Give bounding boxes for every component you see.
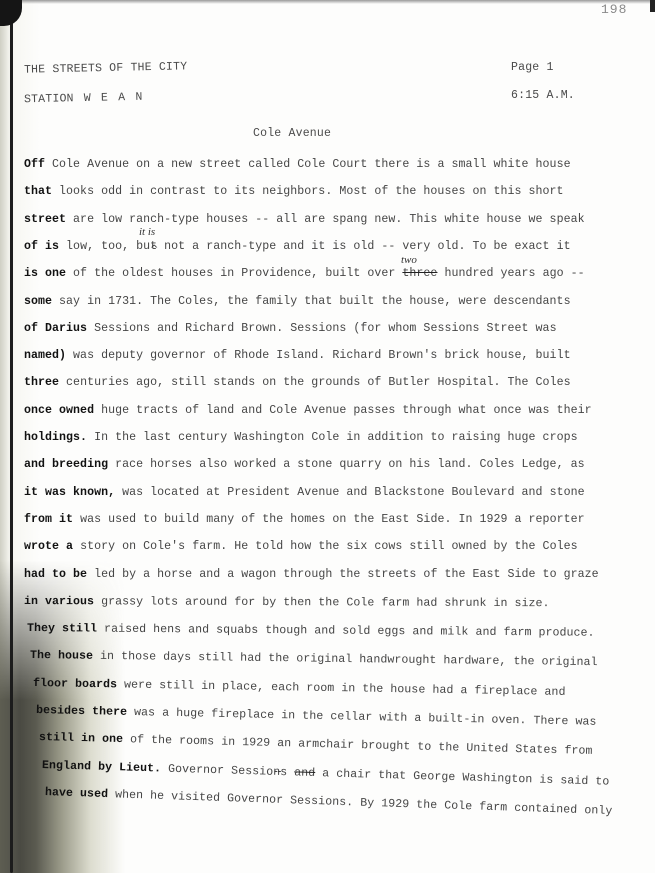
line-text: In the last century Washington Cole in a… xyxy=(87,431,578,444)
line-text: of the oldest houses in Providence, buil… xyxy=(66,267,402,280)
line-text: story on Cole's farm. He told how the si… xyxy=(73,540,578,553)
line-text: are low ranch-type houses -- all are spa… xyxy=(66,213,585,226)
line-text: grassy lots around for by then the Cole … xyxy=(94,595,550,610)
line-lead-text: They still xyxy=(27,622,97,636)
line-text: of the rooms in 1929 an armchair brought… xyxy=(123,733,593,758)
line-text: looks odd in contrast to its neighbors. … xyxy=(52,185,564,198)
line-text: led by a horse and a wagon through the s… xyxy=(87,568,599,581)
line-text: were still in place, each room in the ho… xyxy=(117,678,566,699)
text-line: in various grassy lots around for by the… xyxy=(24,595,550,610)
series-title: THE STREETS OF THE CITY xyxy=(24,60,188,76)
line-lead-text: named) xyxy=(24,349,66,362)
line-text: was a huge fireplace in the cellar with … xyxy=(127,706,597,729)
text-line: of Darius Sessions and Richard Brown. Se… xyxy=(24,322,557,335)
line-text: when he visited Governor Sessions. By 19… xyxy=(108,788,613,818)
line-lead-text: in various xyxy=(24,595,94,608)
text-line: that looks odd in contrast to its neighb… xyxy=(24,185,564,198)
document-title: Cole Avenue xyxy=(253,127,331,140)
station-label: STATION W E A N xyxy=(24,91,143,106)
line-lead-text: is one xyxy=(24,267,66,280)
line-lead-text: and breeding xyxy=(24,458,108,471)
line-text-after: a chair that George Washington is said t… xyxy=(315,767,610,789)
line-lead-text: of is xyxy=(24,240,59,253)
line-lead-text: some xyxy=(24,295,52,308)
handwritten-mark: -- xyxy=(274,765,281,777)
binding-edge-line xyxy=(10,18,13,873)
line-lead-text: have used xyxy=(45,786,108,801)
document-page: 198 THE STREETS OF THE CITY STATION W E … xyxy=(0,0,655,873)
line-lead-text: from it xyxy=(24,513,73,526)
line-lead-text: of Darius xyxy=(24,322,87,335)
line-lead-text: The house xyxy=(30,649,93,663)
line-text: race horses also worked a stone quarry o… xyxy=(108,458,585,471)
line-text: raised hens and squabs though and sold e… xyxy=(97,623,595,640)
line-lead-text: besides there xyxy=(36,704,127,719)
line-text: say in 1731. The Coles, the family that … xyxy=(52,295,571,308)
edge-mark xyxy=(650,0,655,12)
line-lead-text: had to be xyxy=(24,568,87,581)
text-line: holdings. In the last century Washington… xyxy=(24,431,578,444)
line-lead-text: still in one xyxy=(39,731,123,746)
text-line: named) was deputy governor of Rhode Isla… xyxy=(24,349,571,362)
line-lead-text: three xyxy=(24,376,59,389)
text-line: and breeding race horses also worked a s… xyxy=(24,458,585,471)
line-text: was used to build many of the homes on t… xyxy=(73,513,585,526)
text-line: had to be led by a horse and a wagon thr… xyxy=(24,568,599,581)
page-top-edge xyxy=(0,0,655,4)
line-lead-text: wrote a xyxy=(24,540,73,553)
line-lead-text: floor boards xyxy=(33,677,117,691)
struck-word: and xyxy=(294,766,315,780)
line-lead-text: Off xyxy=(24,158,45,171)
line-text: Sessions and Richard Brown. Sessions (fo… xyxy=(87,322,557,335)
line-text: low, too, but not a ranch-type and it is… xyxy=(59,240,571,253)
page-number: Page 1 xyxy=(511,61,554,74)
text-line: some say in 1731. The Coles, the family … xyxy=(24,295,571,308)
text-line: wrote a story on Cole's farm. He told ho… xyxy=(24,540,578,553)
text-line: street are low ranch-type houses -- all … xyxy=(24,213,585,226)
text-line: once owned huge tracts of land and Cole … xyxy=(24,404,592,417)
text-line: it was known, was located at President A… xyxy=(24,486,585,499)
text-line: Off Cole Avenue on a new street called C… xyxy=(24,158,571,171)
line-text: was deputy governor of Rhode Island. Ric… xyxy=(66,349,571,362)
line-lead-text: holdings. xyxy=(24,431,87,444)
broadcast-time: 6:15 A.M. xyxy=(511,89,575,102)
text-line: from it was used to build many of the ho… xyxy=(24,513,585,526)
line-text: huge tracts of land and Cole Avenue pass… xyxy=(94,404,592,417)
text-line: three centuries ago, still stands on the… xyxy=(24,376,571,389)
insert-caret: ^ xyxy=(150,244,158,255)
line-text: was located at President Avenue and Blac… xyxy=(115,486,585,499)
line-text-after: hundred years ago -- xyxy=(437,267,584,280)
handwritten-insert-two: two xyxy=(401,254,417,266)
handwritten-insert-it-is: it is xyxy=(139,226,155,238)
text-line: is one of the oldest houses in Providenc… xyxy=(24,267,585,280)
struck-word: three xyxy=(402,267,437,280)
line-lead-text: that xyxy=(24,185,52,198)
line-text: centuries ago, still stands on the groun… xyxy=(59,376,571,389)
archive-stamp-number: 198 xyxy=(601,2,627,17)
line-lead-text: once owned xyxy=(24,404,94,417)
line-lead-text: street xyxy=(24,213,66,226)
line-text: Cole Avenue on a new street called Cole … xyxy=(45,158,571,171)
line-text: in those days still had the original han… xyxy=(93,650,598,669)
line-lead-text: it was known, xyxy=(24,486,115,499)
text-line: of is low, too, but not a ranch-type and… xyxy=(24,240,571,253)
